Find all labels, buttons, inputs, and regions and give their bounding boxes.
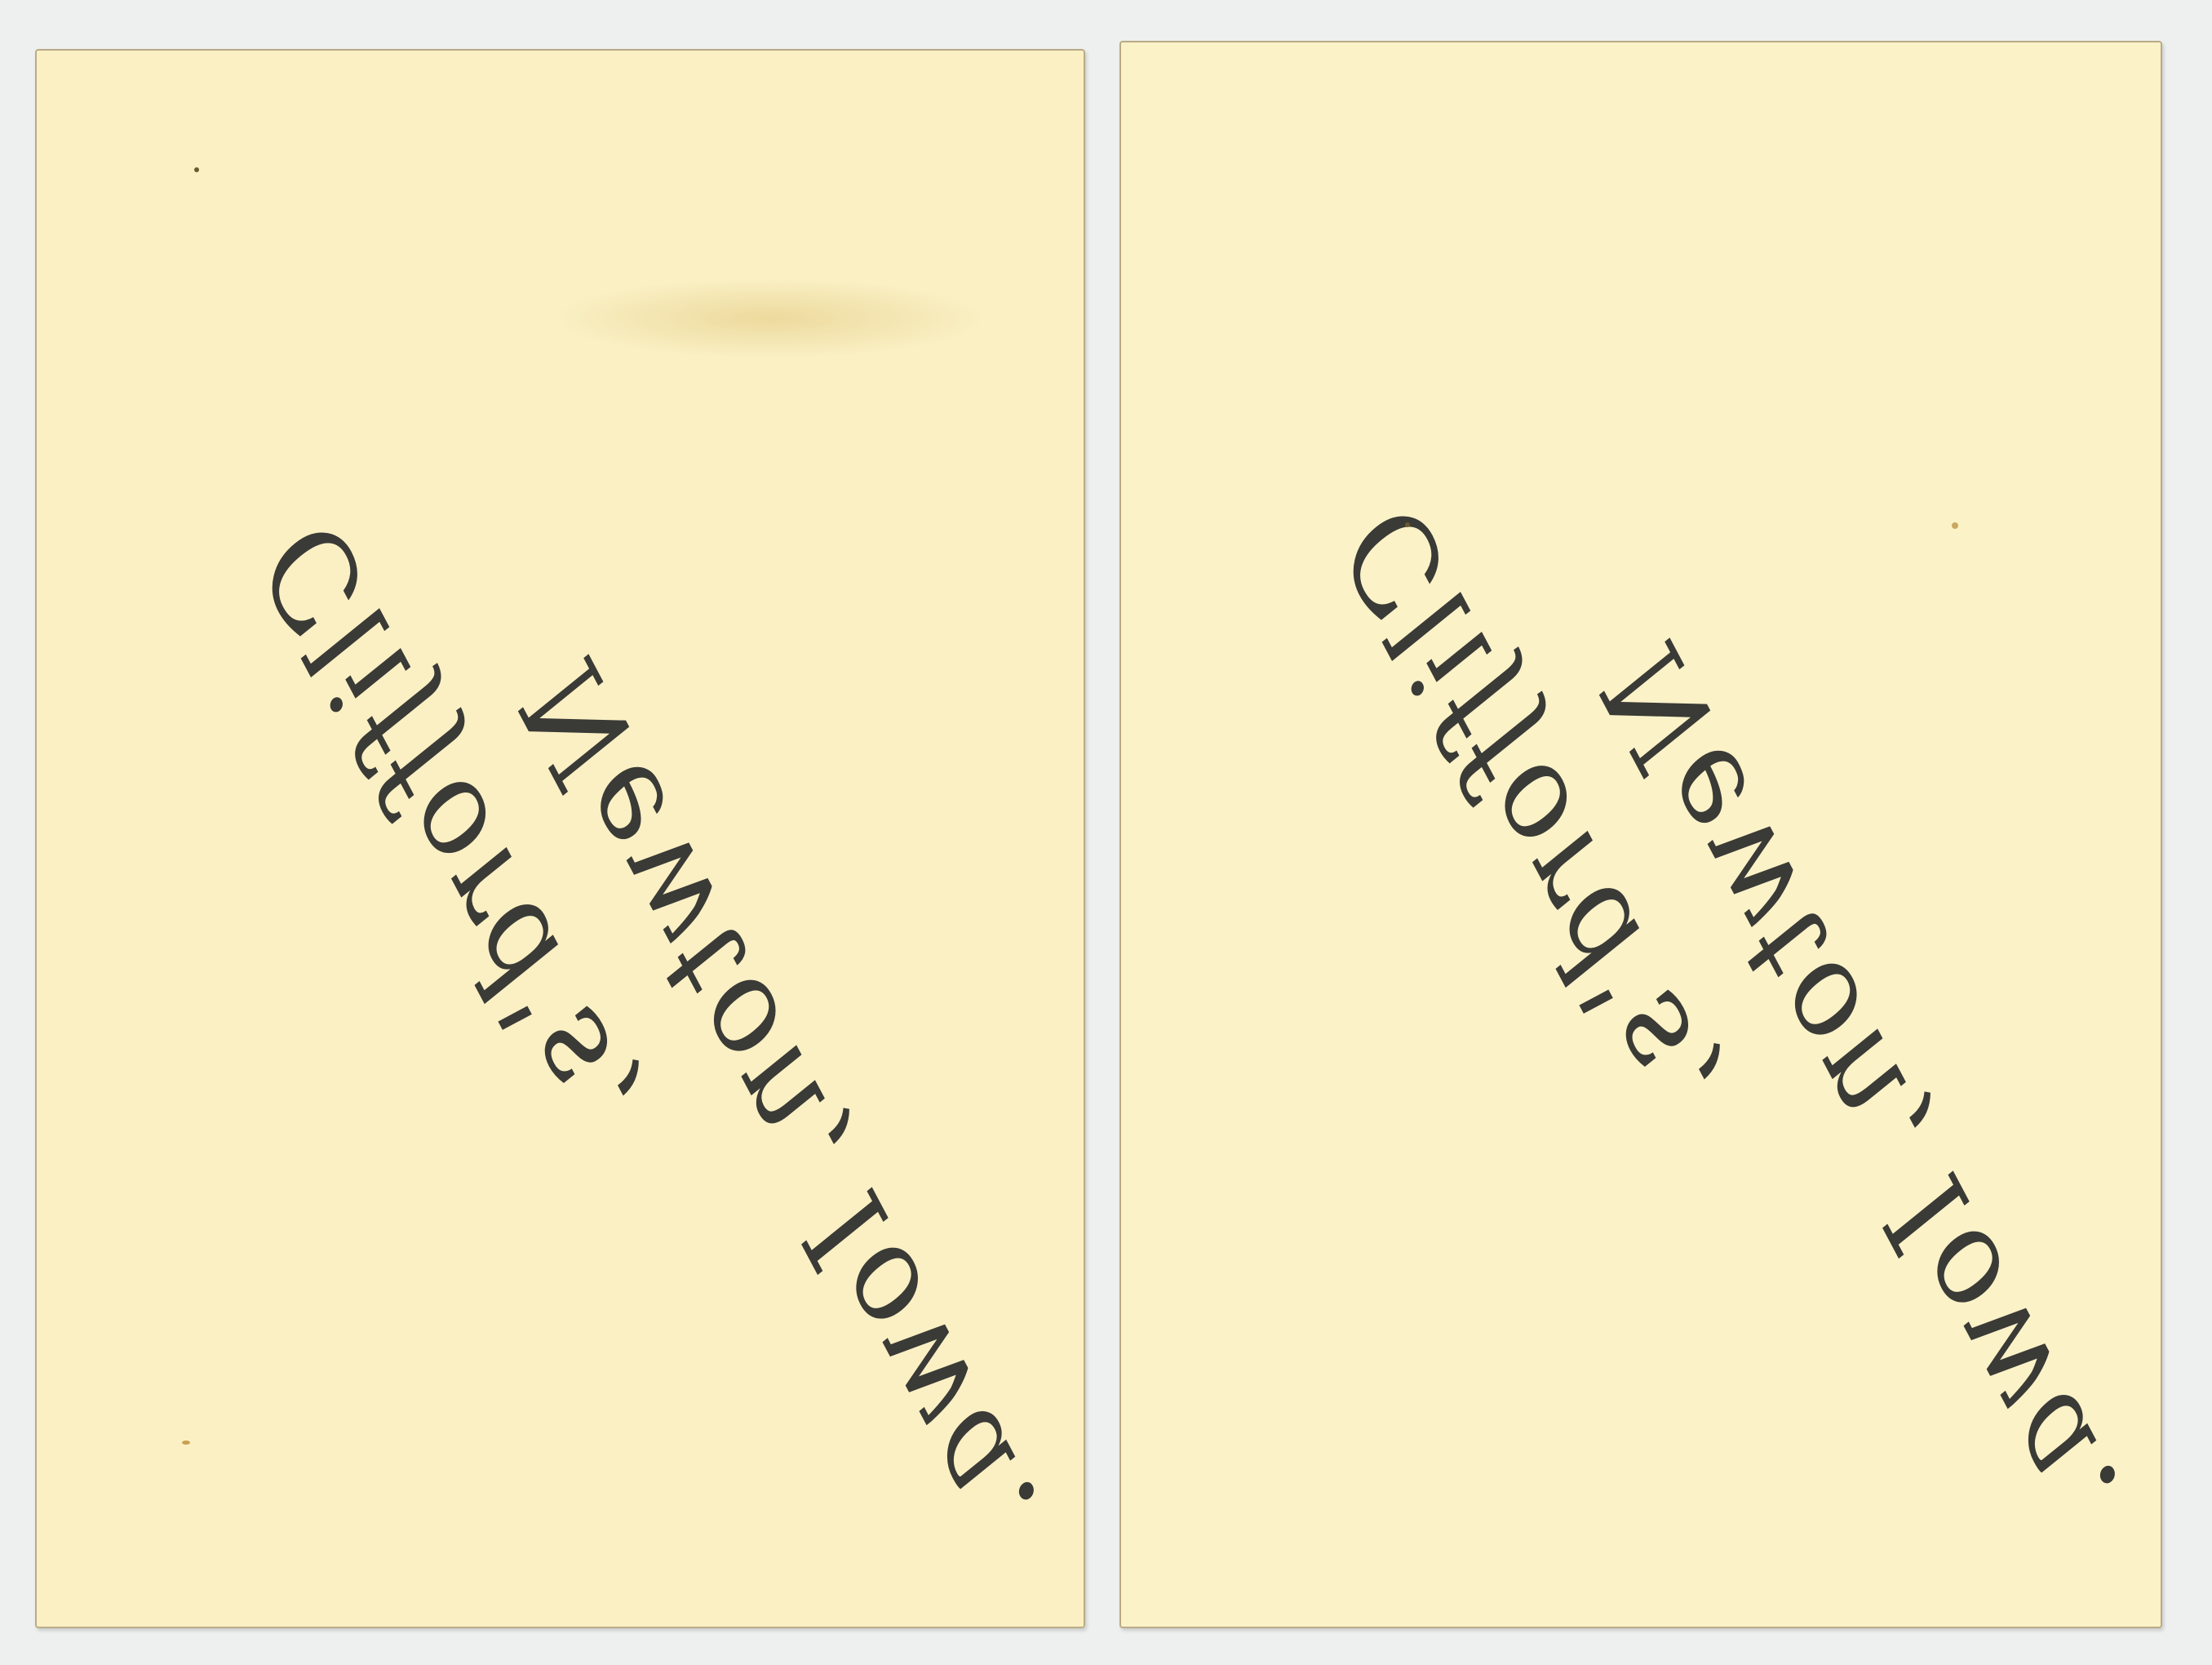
photo-card-left: Clifford's, Newton, Iowa.	[35, 49, 1085, 1628]
stain-spot	[1952, 522, 1958, 529]
photo-card-right: Clifford's, Newton, Iowa.	[1119, 41, 2162, 1628]
stain-spot	[182, 1441, 190, 1445]
stain-spot	[194, 167, 199, 172]
stain-spot	[1405, 522, 1410, 527]
